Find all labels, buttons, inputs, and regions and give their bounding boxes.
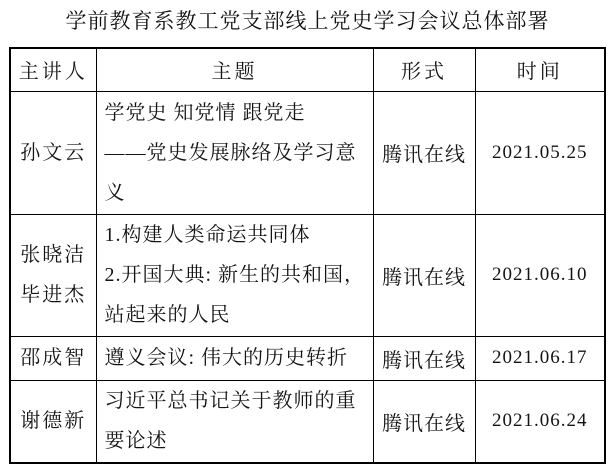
speaker-name: 张晓洁 [11, 235, 96, 275]
table-header: 主讲人 主题 形式 时间 [10, 48, 605, 91]
date-cell: 2021.06.17 [475, 336, 605, 380]
table-row: 谢德新 习近平总书记关于教师的重要论述 腾讯在线 2021.06.24 [10, 380, 605, 463]
format-cell: 腾讯在线 [373, 336, 475, 380]
topic-line: 遵义会议: 伟大的历史转折 [105, 338, 369, 378]
topic-line: 学党史 知党情 跟党走 [105, 93, 369, 133]
format-cell: 腾讯在线 [373, 214, 475, 336]
date-cell: 2021.06.24 [475, 380, 605, 463]
topic-line: 1.构建人类命运共同体 [105, 215, 369, 255]
speaker-cell: 邵成智 [10, 336, 96, 380]
date-cell: 2021.05.25 [475, 91, 605, 214]
topic-line: ——党史发展脉络及学习意义 [105, 133, 369, 213]
topic-cell: 遵义会议: 伟大的历史转折 [96, 336, 373, 380]
document-page: 学前教育系教工党支部线上党史学习会议总体部署 主讲人 主题 形式 时间 孙文云 … [0, 0, 615, 467]
table-row: 孙文云 学党史 知党情 跟党走 ——党史发展脉络及学习意义 腾讯在线 2021.… [10, 91, 605, 214]
topic-cell: 学党史 知党情 跟党走 ——党史发展脉络及学习意义 [96, 91, 373, 214]
speaker-cell: 孙文云 [10, 91, 96, 214]
format-cell: 腾讯在线 [373, 380, 475, 463]
topic-line: 2.开国大典: 新生的共和国，站起来的人民 [105, 255, 369, 335]
speaker-cell: 张晓洁 毕进杰 [10, 214, 96, 336]
header-row: 主讲人 主题 形式 时间 [10, 48, 605, 91]
column-header-topic: 主题 [96, 48, 373, 91]
date-cell: 2021.06.10 [475, 214, 605, 336]
topic-line: 习近平总书记关于教师的重要论述 [105, 381, 369, 461]
speaker-cell: 谢德新 [10, 380, 96, 463]
speaker-name: 邵成智 [11, 338, 96, 378]
table-row: 邵成智 遵义会议: 伟大的历史转折 腾讯在线 2021.06.17 [10, 336, 605, 380]
speaker-name: 孙文云 [11, 133, 96, 173]
format-cell: 腾讯在线 [373, 91, 475, 214]
column-header-format: 形式 [373, 48, 475, 91]
column-header-speaker: 主讲人 [10, 48, 96, 91]
schedule-table: 主讲人 主题 形式 时间 孙文云 学党史 知党情 跟党走 ——党史发展脉络及学习… [9, 47, 606, 464]
document-title: 学前教育系教工党支部线上党史学习会议总体部署 [0, 6, 615, 36]
topic-cell: 习近平总书记关于教师的重要论述 [96, 380, 373, 463]
table-row: 张晓洁 毕进杰 1.构建人类命运共同体 2.开国大典: 新生的共和国，站起来的人… [10, 214, 605, 336]
column-header-date: 时间 [475, 48, 605, 91]
topic-cell: 1.构建人类命运共同体 2.开国大典: 新生的共和国，站起来的人民 [96, 214, 373, 336]
speaker-name: 毕进杰 [11, 275, 96, 315]
speaker-name: 谢德新 [11, 401, 96, 441]
